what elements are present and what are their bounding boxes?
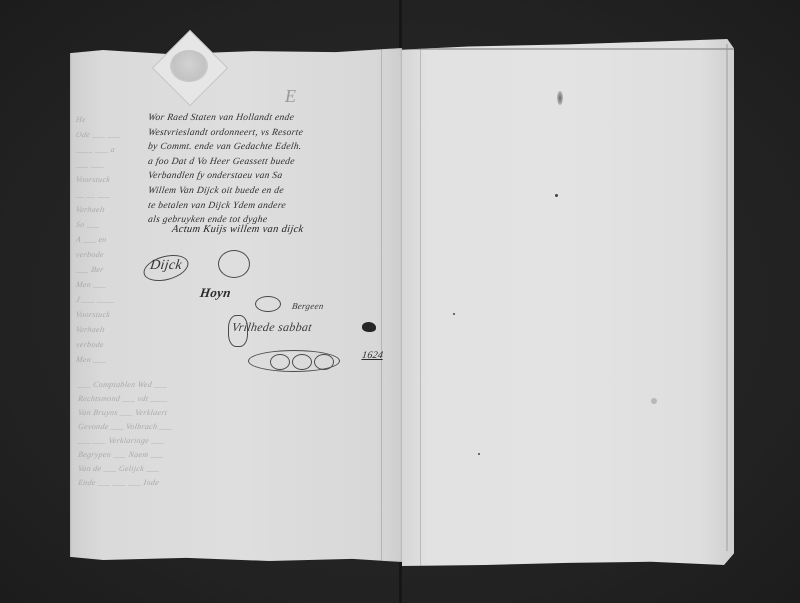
signature: Vrilhede sabbat	[231, 320, 313, 335]
faint-text-line: Van Bruyns ___ Verklaert	[77, 406, 279, 420]
ink-blot	[362, 322, 376, 332]
margin-note-line: ____ ___ a	[75, 142, 149, 157]
signature-flourish	[314, 354, 334, 370]
faint-text-line: Gevonde ___ Volbrach ___	[77, 420, 279, 434]
margin-notes: Hz Ode ___ ___ ____ ___ a ___ ___ Voorst…	[76, 112, 148, 367]
page-inner-fold	[420, 38, 421, 566]
signature-flourish	[292, 354, 312, 370]
text-line: Westvrieslandt ordonneert, vs Resorte	[147, 126, 399, 141]
manuscript-scan: E Hz Ode ___ ___ ____ ___ a ___ ___ Voor…	[0, 0, 800, 603]
faint-text-line: ___ Comptablen Wed ___	[77, 378, 279, 392]
margin-note-line: Men ___	[75, 352, 149, 367]
margin-note-line: Voorstuck	[75, 307, 149, 322]
margin-note-line: So ___	[75, 217, 149, 232]
ink-smudge	[557, 91, 563, 105]
margin-note-line: Hz	[75, 112, 149, 127]
margin-note-line: J ___ ____	[75, 292, 149, 307]
ink-speck	[478, 453, 480, 455]
signature: Dijck	[149, 258, 183, 274]
margin-note-line: verbode	[75, 337, 149, 352]
margin-note-line: Ode ___ ___	[75, 127, 149, 142]
margin-note-line: ___ Ber	[75, 262, 149, 277]
margin-note-line: Verhaelt	[75, 322, 149, 337]
lower-notes: ___ Comptablen Wed ___ Rechtsmond ___ vd…	[78, 378, 278, 490]
margin-note-line: Verhaelt	[75, 202, 149, 217]
margin-note-line: Men ___	[75, 277, 149, 292]
margin-letter-mark: E	[285, 86, 296, 107]
text-line: Wor Raed Staten van Hollandt ende	[147, 111, 399, 126]
ink-speck	[453, 313, 455, 315]
right-page	[402, 38, 734, 566]
wax-seal-icon	[170, 50, 208, 82]
margin-note-line: Voorstuck	[75, 172, 149, 187]
faint-text-line: Van de ___ Gelijck ___	[77, 462, 279, 476]
signature-flourish	[270, 354, 290, 370]
signature-flourish	[255, 296, 281, 312]
margin-note-line: ___ ___	[75, 157, 149, 172]
stain-spot	[651, 398, 657, 404]
margin-note-line: verbode	[75, 247, 149, 262]
page-edge-top	[402, 48, 734, 50]
margin-note-line: A ___ en	[75, 232, 149, 247]
faint-text-line: Begrypen ___ Naem ___	[77, 448, 279, 462]
page-edge-right	[726, 44, 728, 551]
text-line: a foo Dat d Vo Heer Geassett buede	[147, 155, 399, 170]
document-date: 1624	[361, 350, 384, 361]
faint-text-line: Rechtsmond ___ vdt ____	[77, 392, 279, 406]
signatory-line: Actum Kuijs willem van dijck	[171, 224, 304, 235]
text-line: by Commt. ende van Gedachte Edelh.	[147, 140, 399, 155]
faint-text-line: ___ ___ Verklaringe ___	[77, 434, 279, 448]
text-line: te betalen van Dijck Ydem andere	[147, 199, 399, 214]
signature-flourish	[218, 250, 250, 278]
margin-note-line: __ __ ___	[75, 187, 149, 202]
text-line: Willem Van Dijck oit buede en de	[147, 184, 399, 199]
ink-speck	[555, 194, 558, 197]
main-text-block: Wor Raed Staten van Hollandt ende Westvr…	[148, 111, 398, 228]
signature: Bergeen	[291, 301, 324, 311]
text-line: Verbandlen fy onderstaeu van Sa	[147, 169, 399, 184]
faint-text-line: Ende ___ ___ ___ Inde	[77, 476, 279, 490]
signature: Hoyn	[199, 285, 232, 301]
